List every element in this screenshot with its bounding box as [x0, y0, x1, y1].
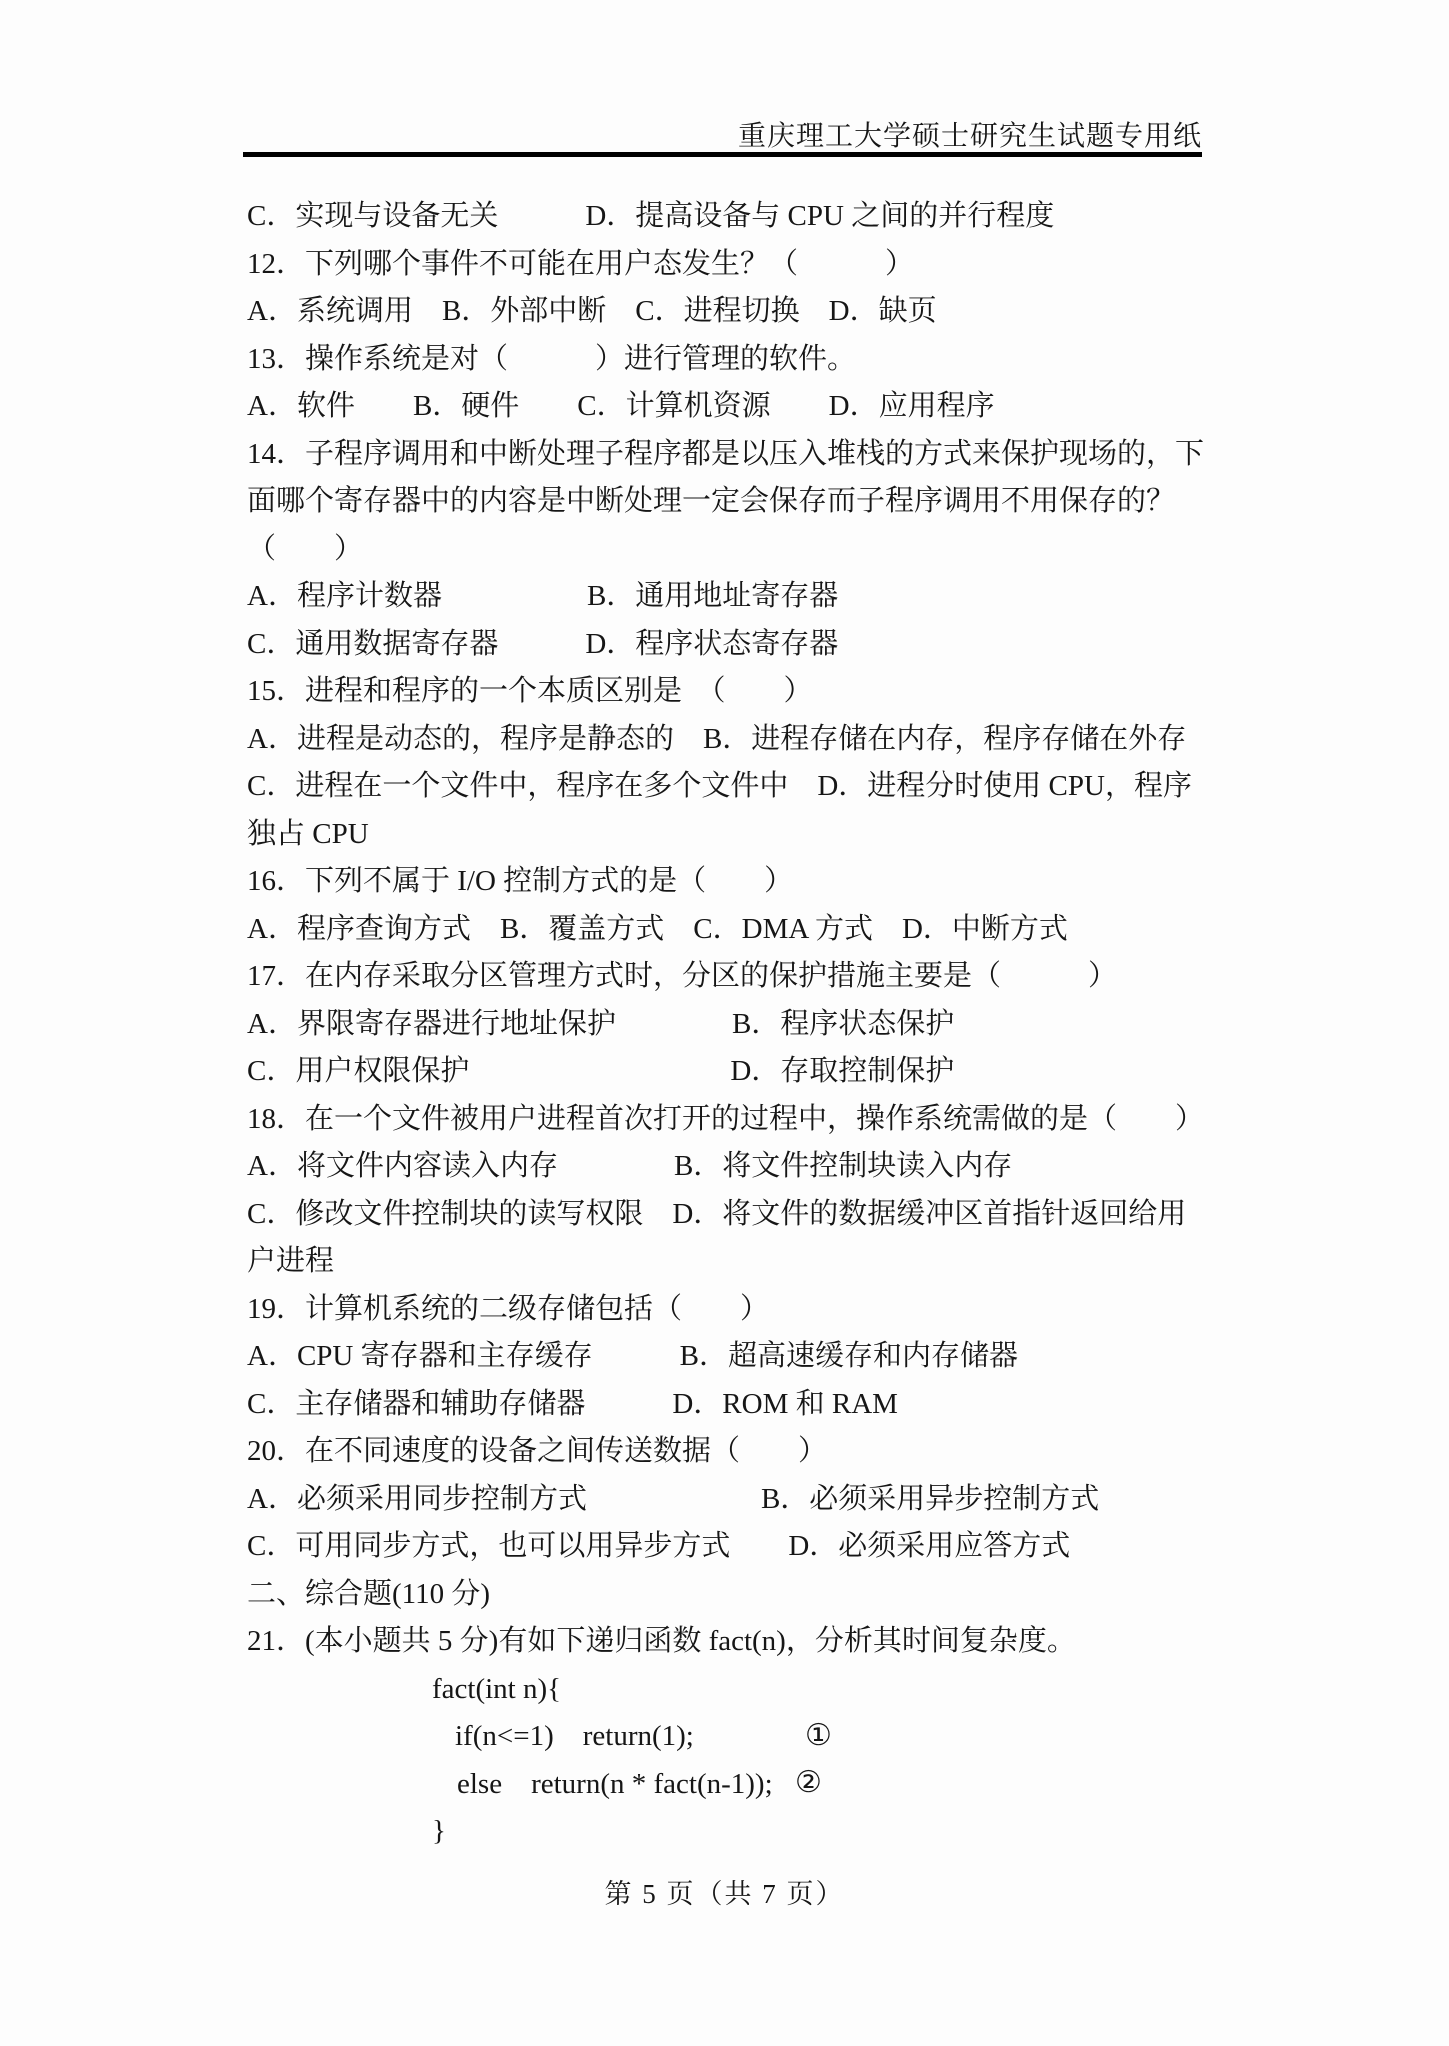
line-q14-part2: 面哪个寄存器中的内容是中断处理一定会保存而子程序调用不用保存的？: [247, 482, 1175, 520]
code-line-fact-decl: fact(int n){: [432, 1670, 561, 1708]
line-section2-heading: 二、综合题(110 分): [247, 1575, 490, 1613]
line-q12-options: A．系统调用 B．外部中断 C．进程切换 D．缺页: [247, 292, 937, 330]
line-q21: 21．(本小题共 5 分)有如下递归函数 fact(n)，分析其时间复杂度。: [247, 1622, 1076, 1660]
line-q14-blank-parens: （ ）: [247, 530, 363, 568]
line-q20-options-cd: C．可用同步方式，也可以用异步方式 D．必须采用应答方式: [247, 1527, 1070, 1565]
line-q12: 12．下列哪个事件不可能在用户态发生？（ ）: [247, 245, 914, 283]
line-q15-options-cd: C．进程在一个文件中，程序在多个文件中 D．进程分时使用 CPU，程序: [247, 767, 1192, 805]
line-q17: 17．在内存采取分区管理方式时，分区的保护措施主要是（ ）: [247, 957, 1117, 995]
line-q20-options-ab: A．必须采用同步控制方式 B．必须采用异步控制方式: [247, 1480, 1099, 1518]
line-q16-options: A．程序查询方式 B．覆盖方式 C．DMA 方式 D．中断方式: [247, 910, 1068, 948]
circled-number-1: ①: [805, 1717, 832, 1755]
header-divider-rule: [243, 152, 1202, 157]
line-q19-options-ab: A．CPU 寄存器和主存缓存 B．超高速缓存和内存储器: [247, 1337, 1018, 1375]
line-q18-options-cd: C．修改文件控制块的读写权限 D．将文件的数据缓冲区首指针返回给用: [247, 1195, 1186, 1233]
code-line-else: else return(n * fact(n-1));: [457, 1765, 773, 1803]
line-q19: 19．计算机系统的二级存储包括（ ）: [247, 1290, 769, 1328]
line-q15-options-ab: A．进程是动态的，程序是静态的 B．进程存储在内存，程序存储在外存: [247, 720, 1186, 758]
line-q15-option-d-cont: 独占 CPU: [247, 815, 369, 853]
line-prev-options-cd: C．实现与设备无关 D．提高设备与 CPU 之间的并行程度: [247, 197, 1054, 235]
line-q20: 20．在不同速度的设备之间传送数据（ ）: [247, 1432, 827, 1470]
line-q18: 18．在一个文件被用户进程首次打开的过程中，操作系统需做的是（ ）: [247, 1100, 1204, 1138]
line-q16: 16．下列不属于 I/O 控制方式的是（ ）: [247, 862, 793, 900]
exam-header-title: 重庆理工大学硕士研究生试题专用纸: [738, 114, 1202, 154]
line-q14-part1: 14．子程序调用和中断处理子程序都是以压入堆栈的方式来保护现场的，下: [247, 435, 1204, 473]
line-q13: 13．操作系统是对（ ）进行管理的软件。: [247, 340, 856, 378]
line-q14-options-cd: C．通用数据寄存器 D．程序状态寄存器: [247, 625, 838, 663]
line-q13-options: A．软件 B．硬件 C．计算机资源 D．应用程序: [247, 387, 995, 425]
exam-paper-page: 重庆理工大学硕士研究生试题专用纸 C．实现与设备无关 D．提高设备与 CPU 之…: [0, 0, 1449, 2046]
line-q17-options-cd: C．用户权限保护 D．存取控制保护: [247, 1052, 954, 1090]
line-q17-options-ab: A．界限寄存器进行地址保护 B．程序状态保护: [247, 1005, 954, 1043]
code-line-if: if(n<=1) return(1);: [455, 1717, 694, 1755]
page-number-footer: 第 5 页（共 7 页）: [0, 1872, 1449, 1911]
line-q18-option-d-cont: 户进程: [247, 1242, 334, 1280]
circled-number-2: ②: [795, 1764, 822, 1802]
line-q15: 15．进程和程序的一个本质区别是 （ ）: [247, 672, 813, 710]
code-line-closebrace: }: [432, 1812, 446, 1850]
line-q18-options-ab: A．将文件内容读入内存 B．将文件控制块读入内存: [247, 1147, 1012, 1185]
line-q19-options-cd: C．主存储器和辅助存储器 D．ROM 和 RAM: [247, 1385, 898, 1423]
line-q14-options-ab: A．程序计数器 B．通用地址寄存器: [247, 577, 838, 615]
